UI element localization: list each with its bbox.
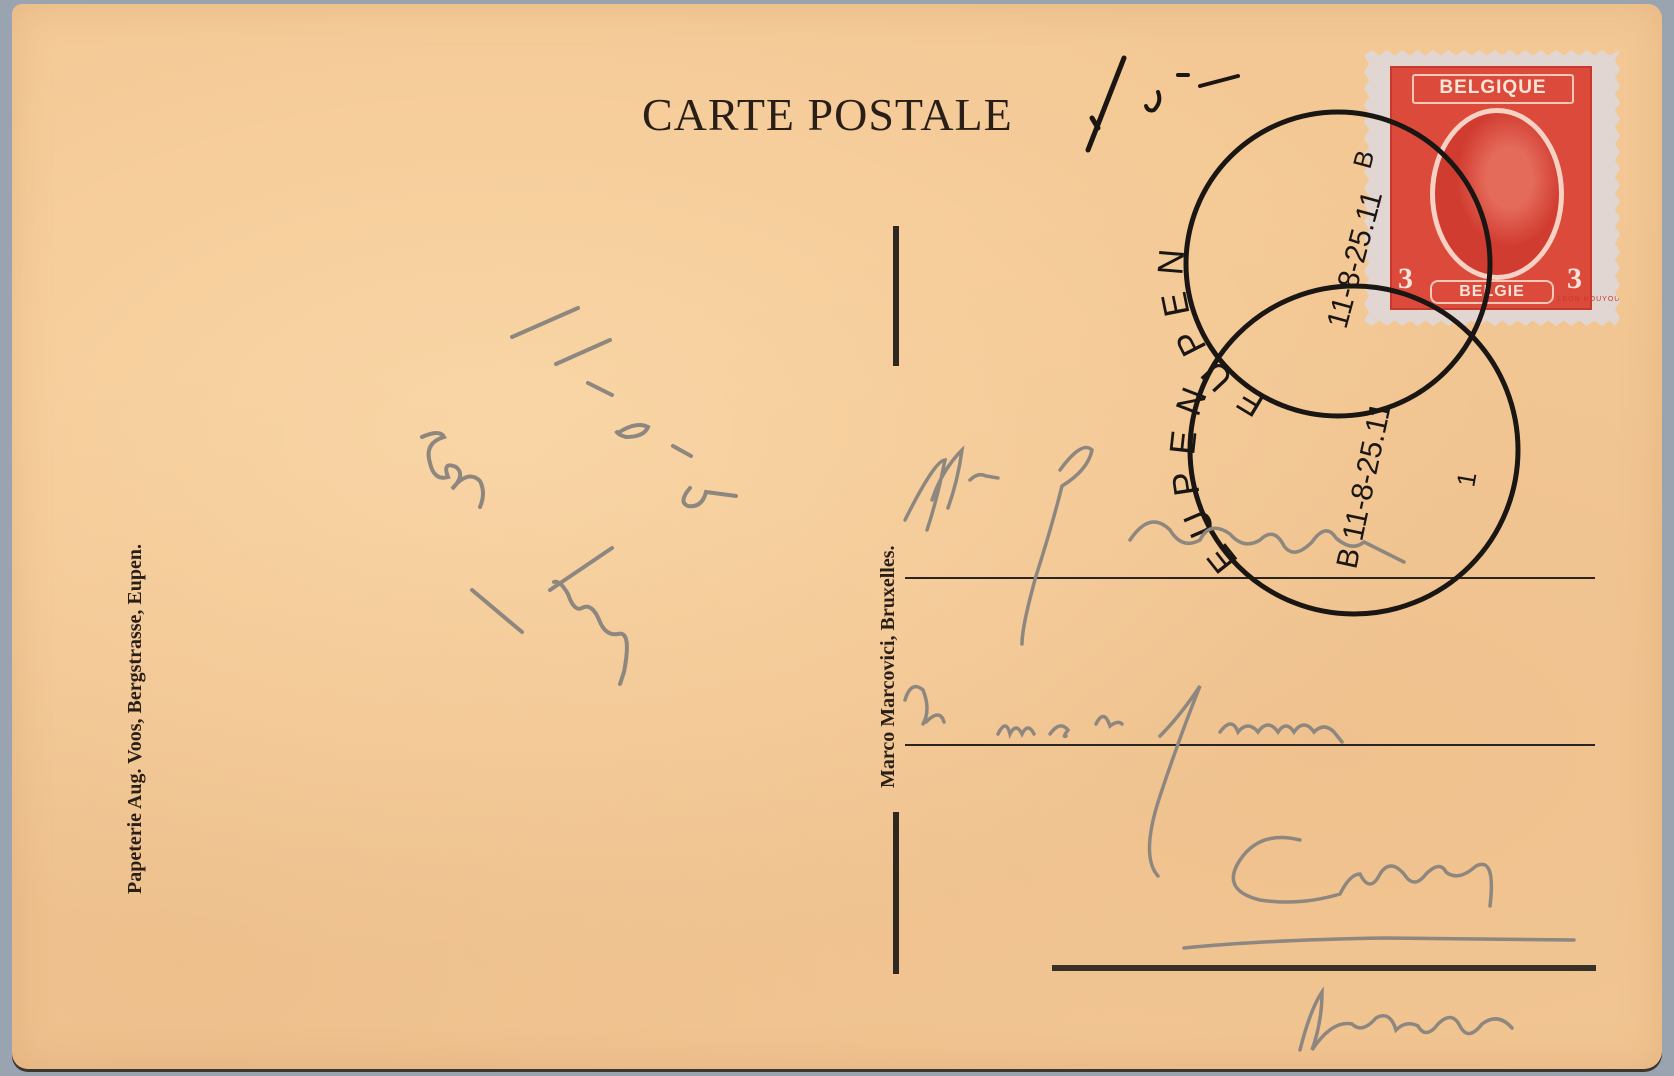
stamp-country-bottom: BELGIE — [1430, 280, 1554, 304]
publisher-center-imprint: Marco Marcovici, Bruxelles. — [877, 545, 900, 788]
card-heading: CARTE POSTALE — [642, 88, 1013, 141]
postage-stamp: BELGIQUE 3 3 BELGIE LÉON HOUYOUX — [1364, 50, 1620, 326]
divider-bottom — [893, 812, 899, 974]
divider-top — [893, 226, 899, 366]
king-portrait-icon — [1430, 108, 1564, 280]
publisher-left-imprint: Papeterie Aug. Voos, Bergstrasse, Eupen. — [124, 544, 147, 894]
stamp-engraver: LÉON HOUYOUX — [1558, 296, 1626, 303]
address-line-3 — [1052, 965, 1596, 971]
stamp-value-left: 3 — [1398, 262, 1413, 296]
address-line-1 — [905, 577, 1595, 579]
stamp-value-right: 3 — [1567, 262, 1582, 296]
address-line-2 — [905, 744, 1595, 746]
postcard: CARTE POSTALE Papeterie Aug. Voos, Bergs… — [12, 4, 1662, 1069]
stamp-country-top: BELGIQUE — [1412, 74, 1574, 104]
